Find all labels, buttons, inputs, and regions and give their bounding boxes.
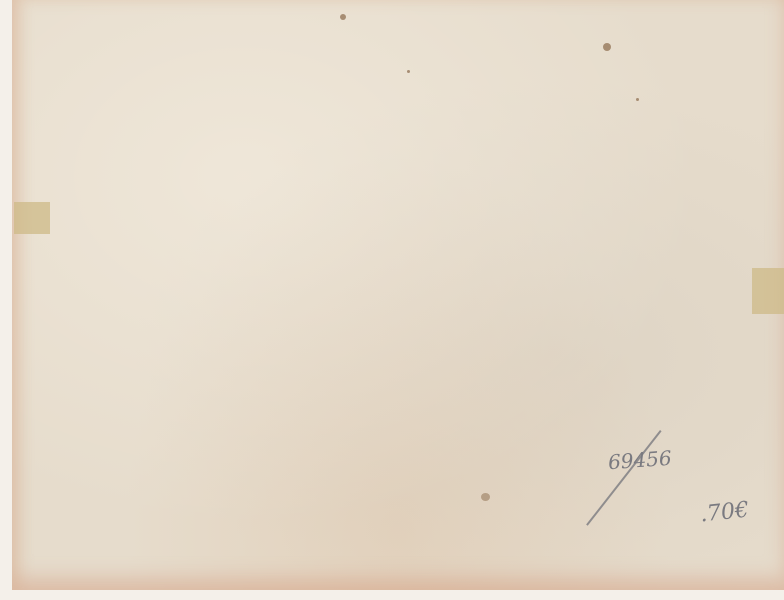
stain-spot [603, 43, 611, 51]
tape-remnant-right [752, 268, 784, 314]
stain-spot [636, 98, 639, 101]
background-edge-left [0, 0, 12, 600]
background-edge-bottom [0, 590, 784, 600]
stain-spot [340, 14, 346, 20]
stain-spot [407, 70, 410, 73]
pencil-price: .70€ [699, 498, 750, 528]
pencil-inventory-number: 69456 [607, 446, 672, 474]
tape-remnant-left [14, 202, 50, 234]
paper-sheet [12, 0, 784, 590]
stain-spot [481, 493, 490, 501]
